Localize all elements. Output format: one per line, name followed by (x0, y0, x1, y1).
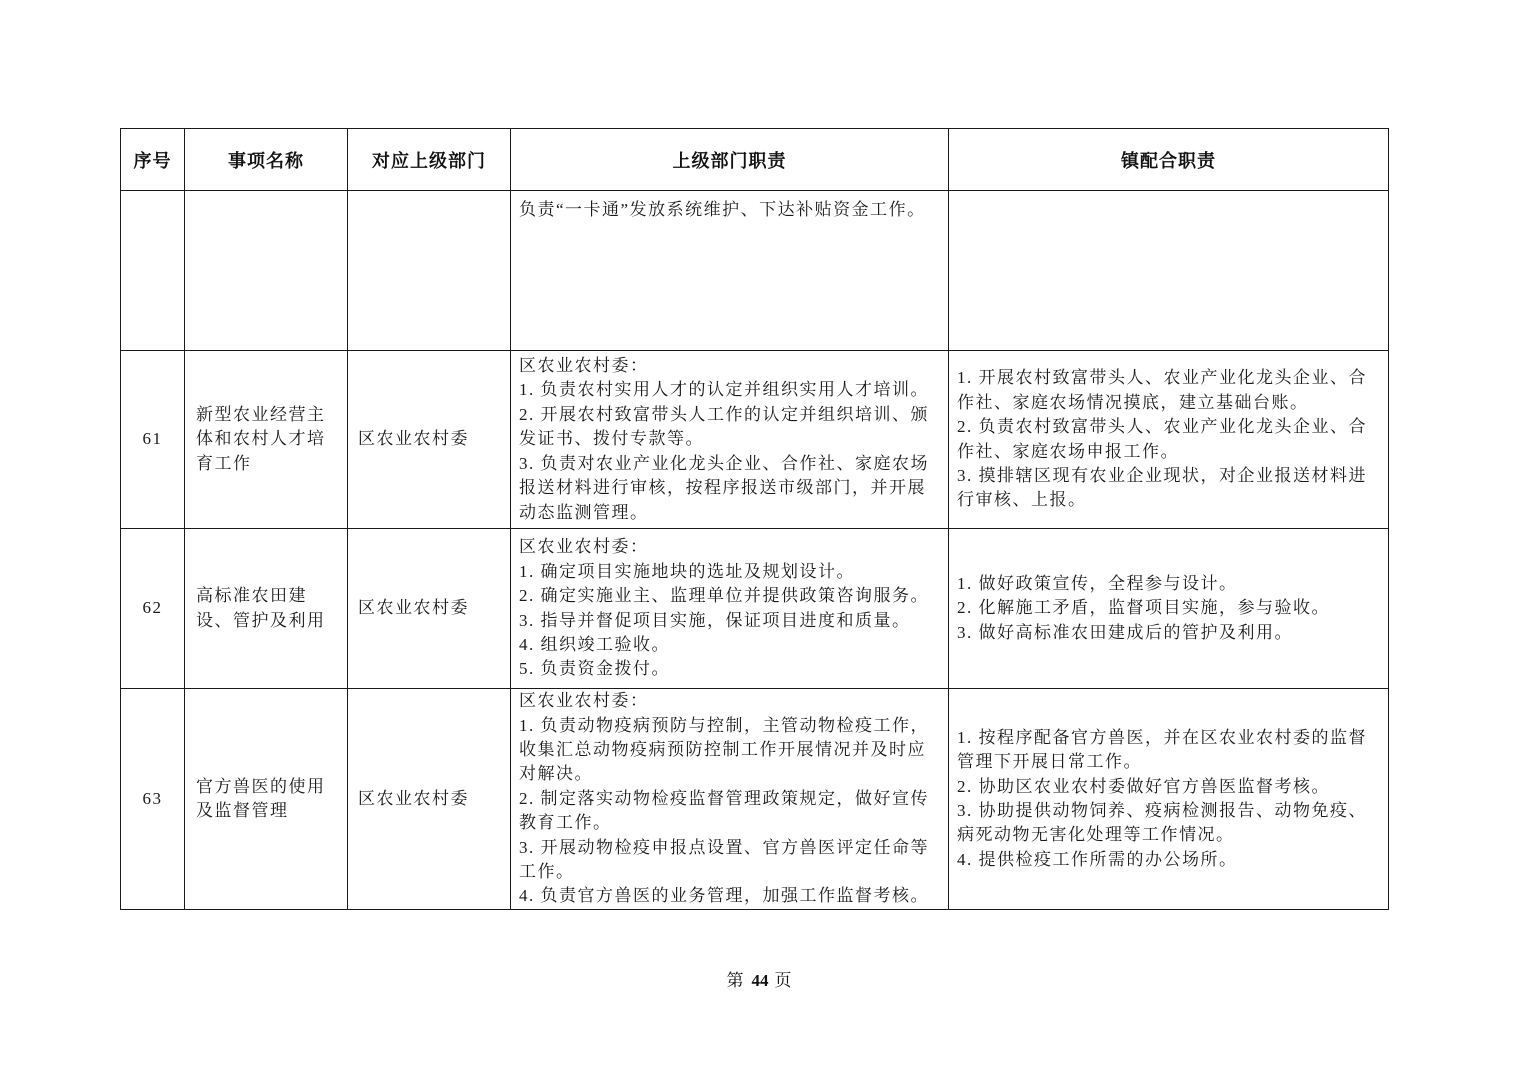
town-duties-cell: 1. 开展农村致富带头人、农业产业化龙头企业、合作社、家庭农场情况摸底，建立基础… (949, 351, 1389, 529)
seq-cell (121, 191, 185, 351)
item-name-cell (185, 191, 348, 351)
duties-table: 序号 事项名称 对应上级部门 上级部门职责 镇配合职责 负责“一卡通”发放系统维… (120, 128, 1389, 910)
superior-duties-cell: 区农业农村委： 1. 负责动物疫病预防与控制，主管动物检疫工作，收集汇总动物疫病… (511, 689, 949, 910)
col-header-department: 对应上级部门 (348, 129, 511, 191)
item-name-cell: 高标准农田建设、管护及利用 (185, 529, 348, 689)
seq-cell: 61 (121, 351, 185, 529)
department-cell (348, 191, 511, 351)
table-row-62: 62 高标准农田建设、管护及利用 区农业农村委 区农业农村委： 1. 确定项目实… (121, 529, 1389, 689)
item-name-cell: 新型农业经营主体和农村人才培育工作 (185, 351, 348, 529)
superior-duties-cell: 区农业农村委： 1. 负责农村实用人才的认定并组织实用人才培训。 2. 开展农村… (511, 351, 949, 529)
superior-duties-cell: 负责“一卡通”发放系统维护、下达补贴资金工作。 (511, 191, 949, 351)
department-cell: 区农业农村委 (348, 529, 511, 689)
page-footer: 第44页 (0, 966, 1520, 991)
department-cell: 区农业农村委 (348, 351, 511, 529)
department-cell: 区农业农村委 (348, 689, 511, 910)
town-duties-cell: 1. 做好政策宣传，全程参与设计。 2. 化解施工矛盾，监督项目实施，参与验收。… (949, 529, 1389, 689)
page-number-suffix: 页 (775, 971, 794, 990)
document-page: 序号 事项名称 对应上级部门 上级部门职责 镇配合职责 负责“一卡通”发放系统维… (0, 0, 1520, 1074)
superior-duties-cell: 区农业农村委： 1. 确定项目实施地块的选址及规划设计。 2. 确定实施业主、监… (511, 529, 949, 689)
town-duties-cell (949, 191, 1389, 351)
item-name-cell: 官方兽医的使用及监督管理 (185, 689, 348, 910)
col-header-superior-duties: 上级部门职责 (511, 129, 949, 191)
table-header-row: 序号 事项名称 对应上级部门 上级部门职责 镇配合职责 (121, 129, 1389, 191)
town-duties-cell: 1. 按程序配备官方兽医，并在区农业农村委的监督管理下开展日常工作。 2. 协助… (949, 689, 1389, 910)
page-number: 44 (746, 971, 775, 990)
col-header-town-duties: 镇配合职责 (949, 129, 1389, 191)
table-row-63: 63 官方兽医的使用及监督管理 区农业农村委 区农业农村委： 1. 负责动物疫病… (121, 689, 1389, 910)
page-number-prefix: 第 (727, 971, 746, 990)
col-header-item-name: 事项名称 (185, 129, 348, 191)
seq-cell: 62 (121, 529, 185, 689)
table-row-61: 61 新型农业经营主体和农村人才培育工作 区农业农村委 区农业农村委： 1. 负… (121, 351, 1389, 529)
col-header-seq: 序号 (121, 129, 185, 191)
seq-cell: 63 (121, 689, 185, 910)
table-row-continuation: 负责“一卡通”发放系统维护、下达补贴资金工作。 (121, 191, 1389, 351)
